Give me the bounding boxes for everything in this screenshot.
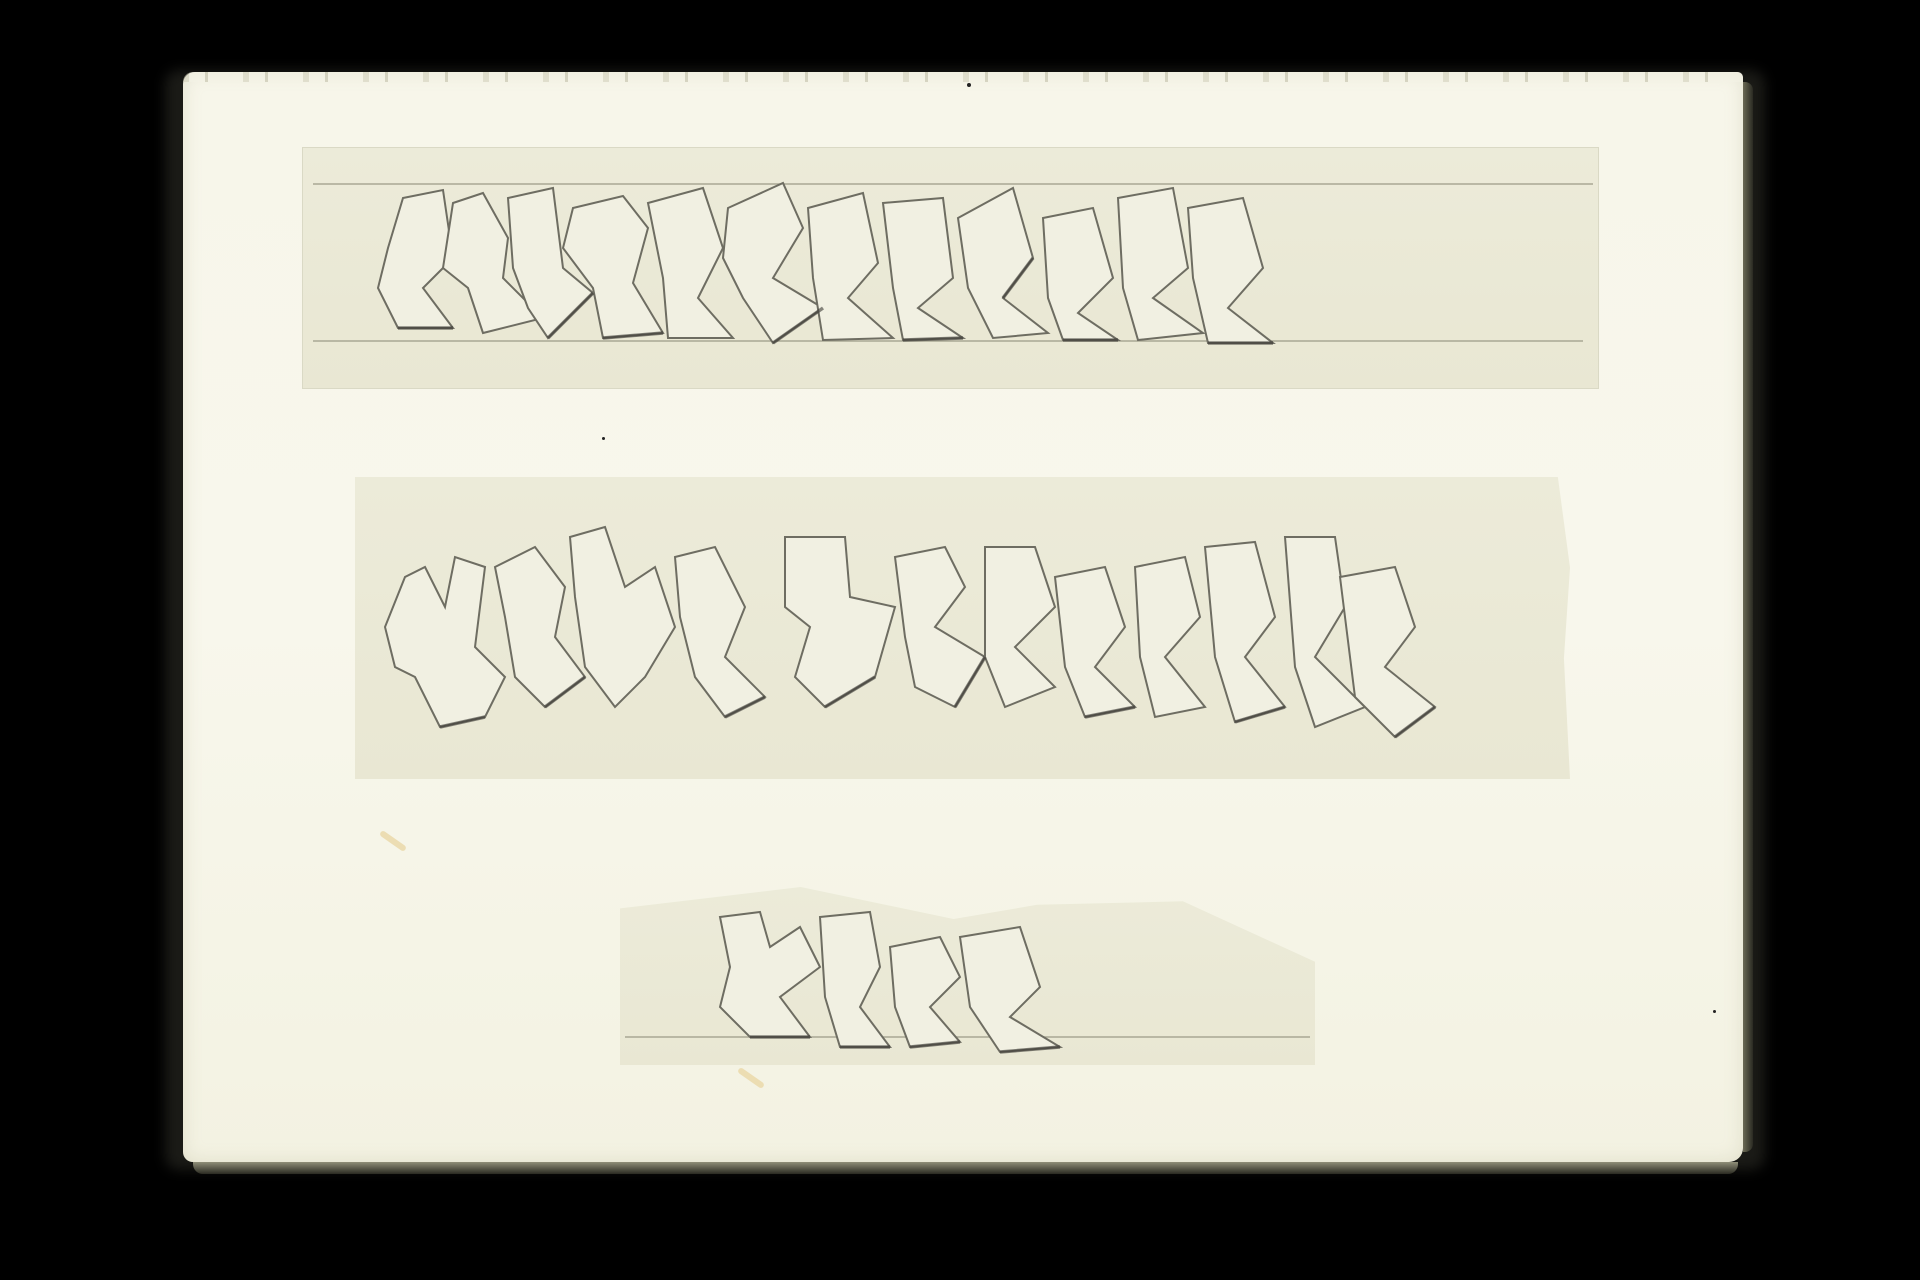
sketch-strip-top: Top graffiti piece sketch <box>303 148 1598 388</box>
graffiti-sketch-middle <box>355 477 1570 779</box>
pencil-mark <box>967 83 971 87</box>
pencil-mark <box>1713 1010 1716 1013</box>
page-right-edge <box>1743 82 1753 1152</box>
page-bottom-edge <box>193 1162 1738 1174</box>
page-top-smudges <box>183 72 1743 82</box>
graffiti-sketch-top <box>303 148 1598 388</box>
sketch-strip-middle: Middle graffiti piece sketch <box>355 477 1570 779</box>
pencil-mark <box>602 437 605 440</box>
